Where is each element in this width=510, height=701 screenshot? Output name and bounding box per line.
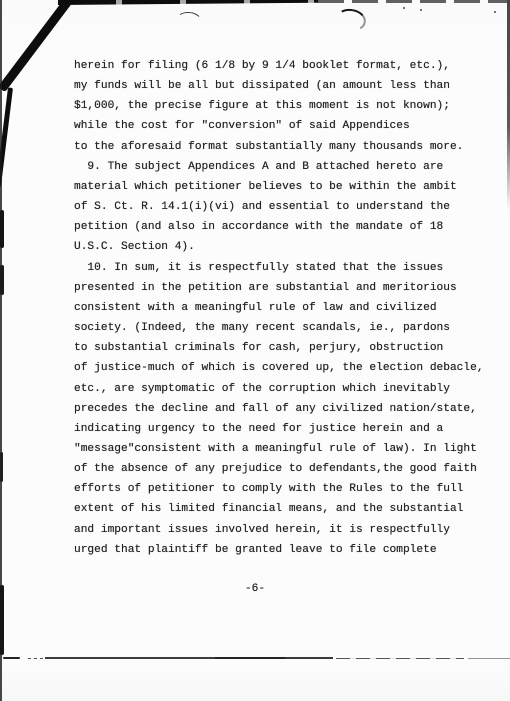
text-line: urged that plaintiff be granted leave to… <box>74 540 484 560</box>
text-line: U.S.C. Section 4). <box>74 237 484 257</box>
scan-artifact-bottom-line <box>0 656 510 661</box>
text-line: consistent with a meaningful rule of law… <box>74 298 484 318</box>
text-line: efforts of petitioner to comply with the… <box>74 479 484 499</box>
text-line: precedes the decline and fall of any civ… <box>74 399 484 419</box>
scan-artifact-left-edge-blob <box>0 452 3 482</box>
scan-artifact-top-edge-dashes <box>318 0 510 3</box>
text-line: herein for filing (6 1/8 by 9 1/4 bookle… <box>74 56 484 76</box>
text-line: extent of his limited financial means, a… <box>74 499 484 519</box>
scanned-document-page: herein for filing (6 1/8 by 9 1/4 bookle… <box>0 0 510 701</box>
scan-artifact-bottom-line-segment <box>215 657 285 659</box>
scan-artifact-corner-diagonal <box>0 0 76 92</box>
page-number: -6- <box>0 579 510 599</box>
text-line: "message"consistent with a meaningful ru… <box>74 439 484 459</box>
text-line: of S. Ct. R. 14.1(i)(vi) and essential t… <box>74 197 484 217</box>
scan-speck <box>403 7 405 9</box>
text-line: 10. In sum, it is respectfully stated th… <box>74 258 484 278</box>
text-line: to substantial criminals for cash, perju… <box>74 338 484 358</box>
text-line: $1,000, the precise figure at this momen… <box>74 96 484 116</box>
text-line: etc., are symptomatic of the corruption … <box>74 379 484 399</box>
scan-artifact-bottom-line-segment <box>28 658 44 659</box>
scan-artifact-corner-diagonal-tail <box>0 87 13 187</box>
text-line: to the aforesaid format substantially ma… <box>74 137 484 157</box>
scan-speck <box>494 11 496 13</box>
text-line: society. (Indeed, the many recent scanda… <box>74 318 484 338</box>
scan-artifact-left-edge-blob <box>0 265 4 295</box>
text-line: material which petitioner believes to be… <box>74 177 484 197</box>
scan-artifact-bottom-line-segment <box>468 658 510 659</box>
binding-arc-mark-left <box>175 11 203 32</box>
text-line: my funds will be all but dissipated (an … <box>74 76 484 96</box>
scan-artifact-bottom-line-segment <box>285 657 333 659</box>
scan-speck <box>420 9 422 11</box>
text-line: petition (and also in accordance with th… <box>74 217 484 237</box>
scan-artifact-bottom-line-segment <box>45 657 215 659</box>
scan-artifact-bottom-line-segment <box>336 658 464 660</box>
scan-artifact-bottom-line-segment <box>3 657 20 659</box>
scan-artifact-top-edge-bar <box>58 0 318 5</box>
document-text: herein for filing (6 1/8 by 9 1/4 bookle… <box>74 56 484 560</box>
binding-arc-mark-right <box>334 7 367 34</box>
text-line: and important issues involved herein, it… <box>74 520 484 540</box>
text-line: presented in the petition are substantia… <box>74 278 484 298</box>
text-line: of justice-much of which is covered up, … <box>74 358 484 378</box>
text-line: of the absence of any prejudice to defen… <box>74 459 484 479</box>
scan-artifact-left-edge-blob <box>0 210 4 248</box>
text-line: while the cost for "conversion" of said … <box>74 116 484 136</box>
text-line: indicating urgency to the need for justi… <box>74 419 484 439</box>
text-line: 9. The subject Appendices A and B attach… <box>74 157 484 177</box>
